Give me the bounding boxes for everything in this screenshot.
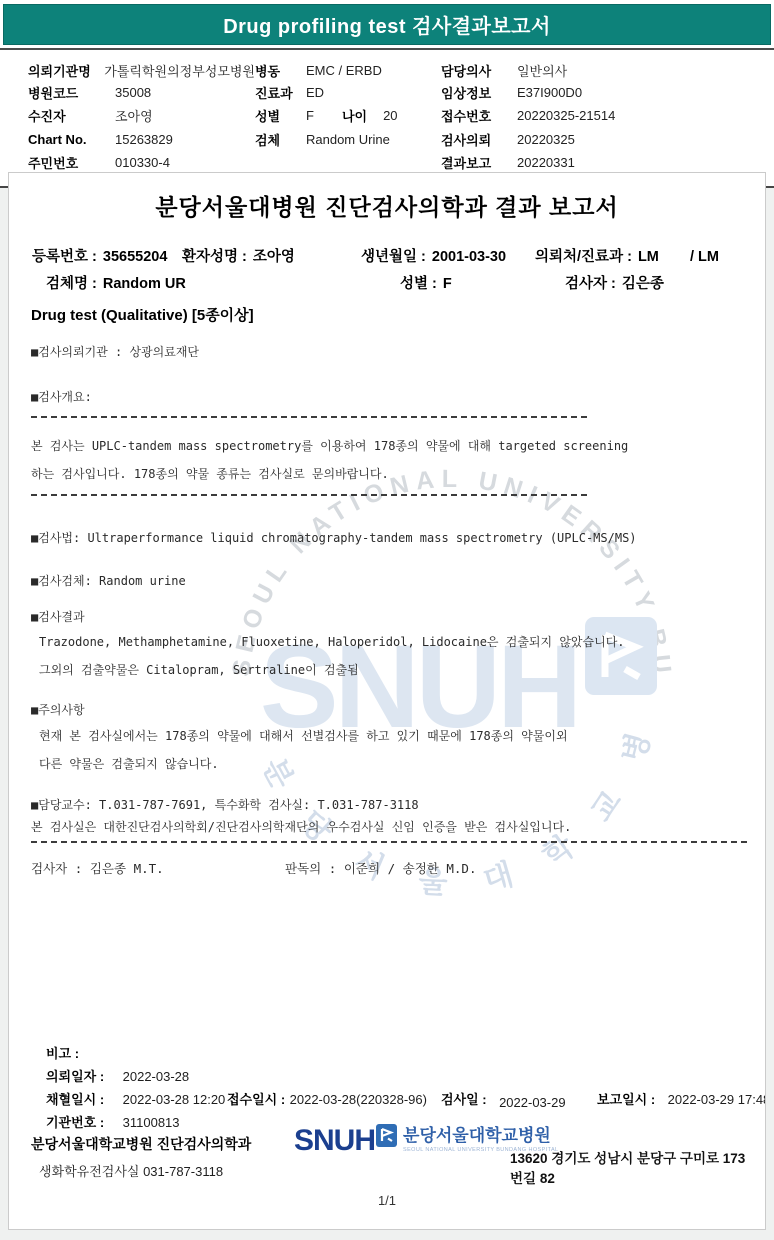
- field-row: 병동EMC / ERBD: [255, 59, 441, 82]
- remark-label: 비고 :: [46, 1043, 79, 1062]
- field-value: 35655204: [103, 249, 168, 265]
- field-row: 주민번호010330-4: [28, 151, 255, 174]
- field-label: 검사일 :: [441, 1092, 487, 1107]
- field-value: 김은종 M.T.: [90, 861, 164, 876]
- field-row: 의뢰기관명가톨릭학원의정부성모병원: [28, 59, 255, 82]
- field-value: 이준희 / 송정한 M.D.: [344, 861, 477, 876]
- field-label: 접수번호: [441, 106, 517, 125]
- field-value: 2001-03-30: [432, 249, 506, 265]
- field-value: F: [306, 108, 314, 123]
- hospital-address: 13620 경기도 성남시 분당구 구미로 173번길 82: [510, 1147, 756, 1187]
- field-value: F: [443, 276, 452, 292]
- field-label: Chart No.: [28, 132, 115, 147]
- field-label: 판독의 :: [285, 861, 344, 876]
- patient-header-grid: 의뢰기관명가톨릭학원의정부성모병원 병원코드35008 수진자조아영 Chart…: [0, 50, 774, 184]
- patient-row-item: 성별 :F: [400, 272, 452, 293]
- field-value: Random UR: [103, 276, 186, 292]
- page-title: Drug profiling test 검사결과보고서: [223, 10, 551, 39]
- field-label: 의뢰기관명: [28, 61, 104, 80]
- accreditation-line: 본 검사실은 대한진단검사의학회/진단검사의학재단의 우수검사실 신임 인증을 …: [31, 818, 571, 835]
- field-label: 기관번호 :: [46, 1115, 104, 1130]
- field-value: 2022-03-28: [123, 1069, 190, 1084]
- header-column-right: 담당의사일반의사 임상정보E37I900D0 접수번호20220325-2151…: [441, 59, 741, 174]
- field-label: 주민번호: [28, 153, 115, 172]
- overview-line: 본 검사는 UPLC-tandem mass spectrometry를 이용하…: [31, 437, 628, 454]
- field-value: 2022-03-28(220328-96): [290, 1092, 427, 1107]
- specimen-line: ■검사검체: Random urine: [31, 572, 186, 589]
- field-value: 010330-4: [115, 155, 170, 170]
- field-value: ED: [306, 85, 324, 100]
- field-row: 검체Random Urine: [255, 129, 441, 152]
- field-label: 수진자: [28, 106, 115, 125]
- field-label: 결과보고: [441, 153, 517, 172]
- field-label: 담당의사: [441, 61, 517, 80]
- lab-phone: 생화학유전검사실 031-787-3118: [39, 1161, 223, 1180]
- patient-row-item: 검체명 :Random UR: [46, 272, 186, 293]
- field-value: 15263829: [115, 132, 173, 147]
- page-number: 1/1: [9, 1193, 765, 1208]
- test-date: 검사일 : 2022-03-29: [441, 1089, 566, 1109]
- field-label: 의뢰일자 :: [46, 1069, 104, 1084]
- collection-datetime: 채혈일시 : 2022-03-28 12:20: [46, 1089, 225, 1109]
- hospital-name-logo: 분당서울대학교병원: [403, 1126, 558, 1145]
- header-column-middle: 병동EMC / ERBD 진료과ED 성별F나이20 검체Random Urin…: [255, 59, 441, 174]
- result-line: Trazodone, Methamphetamine, Fluoxetine, …: [39, 633, 625, 650]
- watermark-badge-icon: [585, 617, 657, 695]
- field-label: 의뢰처/진료과 :: [535, 249, 632, 265]
- snuh-badge-icon: [376, 1124, 397, 1147]
- field-label: 접수일시 :: [227, 1092, 285, 1107]
- department-name: 분당서울대학교병원 진단검사의학과: [31, 1134, 251, 1154]
- field-label: 검사의뢰: [441, 130, 517, 149]
- report-body-panel: SEOUL NATIONAL UNIVERSITY BUNDANG HOSPIT…: [8, 172, 766, 1230]
- field-value: 2022-03-29: [499, 1095, 566, 1110]
- field-value: 35008: [115, 85, 151, 100]
- header-column-left: 의뢰기관명가톨릭학원의정부성모병원 병원코드35008 수진자조아영 Chart…: [0, 59, 255, 174]
- field-value: 2022-03-29 17:48: [668, 1092, 766, 1107]
- report-datetime: 보고일시 : 2022-03-29 17:48: [597, 1089, 766, 1109]
- field-value: 일반의사: [517, 61, 567, 80]
- snuh-logo-text: SNUH: [294, 1126, 375, 1156]
- field-row: 수진자조아영: [28, 104, 255, 127]
- patient-row-item: 검사자 :김은종: [565, 272, 664, 293]
- field-label: 검체: [255, 130, 306, 149]
- caution-heading: ■주의사항: [31, 701, 85, 718]
- field-value: / LM: [690, 249, 719, 265]
- field-row: 성별F나이20: [255, 104, 441, 127]
- field-label: 임상정보: [441, 83, 517, 102]
- receipt-datetime: 접수일시 : 2022-03-28(220328-96): [227, 1089, 427, 1109]
- result-line: 그외의 검출약물은 Citalopram, Sertraline이 검출됨: [39, 661, 359, 678]
- dashed-separator: [31, 841, 747, 843]
- title-bar: Drug profiling test 검사결과보고서: [3, 4, 771, 45]
- field-value: Random Urine: [306, 132, 390, 147]
- patient-row-item: 환자성명 :조아영: [182, 245, 295, 266]
- dashed-separator: [31, 416, 587, 418]
- field-value: 조아영: [115, 106, 153, 125]
- field-row: 접수번호20220325-21514: [441, 104, 741, 127]
- field-row: 병원코드35008: [28, 82, 255, 105]
- lab-report-page: Drug profiling test 검사결과보고서 의뢰기관명가톨릭학원의정…: [0, 0, 774, 1240]
- field-label: 채혈일시 :: [46, 1092, 104, 1107]
- patient-row-item: 의뢰처/진료과 :LM/ LM: [535, 245, 719, 266]
- field-row: 진료과ED: [255, 82, 441, 105]
- field-value: 김은종: [622, 276, 664, 292]
- org-number-row: 기관번호 : 31100813: [46, 1112, 180, 1132]
- field-value: 31100813: [123, 1115, 180, 1130]
- field-label: 성별 :: [400, 276, 437, 292]
- field-label: 성별: [255, 106, 306, 125]
- report-header-section: Drug profiling test 검사결과보고서 의뢰기관명가톨릭학원의정…: [0, 0, 774, 188]
- overview-line: 하는 검사입니다. 178종의 약물 종류는 검사실로 문의바랍니다.: [31, 465, 389, 482]
- field-value: E37I900D0: [517, 85, 582, 100]
- field-label: 검사자 :: [565, 276, 616, 292]
- tester-signature: 검사자 : 김은종 M.T.: [31, 859, 164, 877]
- method-line: ■검사법: Ultraperformance liquid chromatogr…: [31, 529, 637, 546]
- result-heading: ■검사결과: [31, 608, 85, 625]
- field-label: 검사자 :: [31, 861, 90, 876]
- field-label: 검체명 :: [46, 276, 97, 292]
- patient-row-item: 생년월일 :2001-03-30: [361, 245, 506, 266]
- field-value: 20220325: [517, 132, 575, 147]
- contact-line: ■담당교수: T.031-787-7691, 특수화학 검사실: T.031-7…: [31, 796, 419, 813]
- field-label: 병원코드: [28, 83, 115, 102]
- field-value: 2022-03-28 12:20: [123, 1092, 226, 1107]
- field-label: 진료과: [255, 83, 306, 102]
- field-row: Chart No.15263829: [28, 129, 255, 152]
- reader-signature: 판독의 : 이준희 / 송정한 M.D.: [285, 859, 476, 877]
- field-row: 임상정보E37I900D0: [441, 82, 741, 105]
- field-label: 환자성명 :: [182, 249, 247, 265]
- field-value: EMC / ERBD: [306, 63, 382, 78]
- patient-row-item: 등록번호 :35655204: [32, 245, 167, 266]
- field-value: 20220325-21514: [517, 108, 615, 123]
- request-date-row: 의뢰일자 : 2022-03-28: [46, 1066, 189, 1086]
- overview-heading: ■검사개요:: [31, 388, 92, 405]
- field-label: 나이: [342, 106, 367, 125]
- field-value: 20220331: [517, 155, 575, 170]
- field-row: 검사의뢰20220325: [441, 129, 741, 152]
- field-value: LM: [638, 249, 690, 265]
- test-name-heading: Drug test (Qualitative) [5종이상]: [31, 304, 254, 325]
- field-label: 병동: [255, 61, 306, 80]
- field-value: 20: [383, 108, 397, 123]
- field-label: 보고일시 :: [597, 1092, 655, 1107]
- field-row: 담당의사일반의사: [441, 59, 741, 82]
- report-title: 분당서울대병원 진단검사의학과 결과 보고서: [9, 189, 765, 222]
- field-value: 조아영: [253, 249, 295, 265]
- caution-line: 다른 약물은 검출되지 않습니다.: [39, 755, 219, 772]
- request-org-line: ■검사의뢰기관 : 상광의료재단: [31, 343, 199, 360]
- caution-line: 현재 본 검사실에서는 178종의 약물에 대해서 선별검사를 하고 있기 때문…: [39, 727, 568, 744]
- field-label: 등록번호 :: [32, 249, 97, 265]
- dashed-separator: [31, 494, 587, 496]
- field-label: 생년월일 :: [361, 249, 426, 265]
- field-value: 가톨릭학원의정부성모병원: [104, 61, 255, 80]
- field-row: 결과보고20220331: [441, 151, 741, 174]
